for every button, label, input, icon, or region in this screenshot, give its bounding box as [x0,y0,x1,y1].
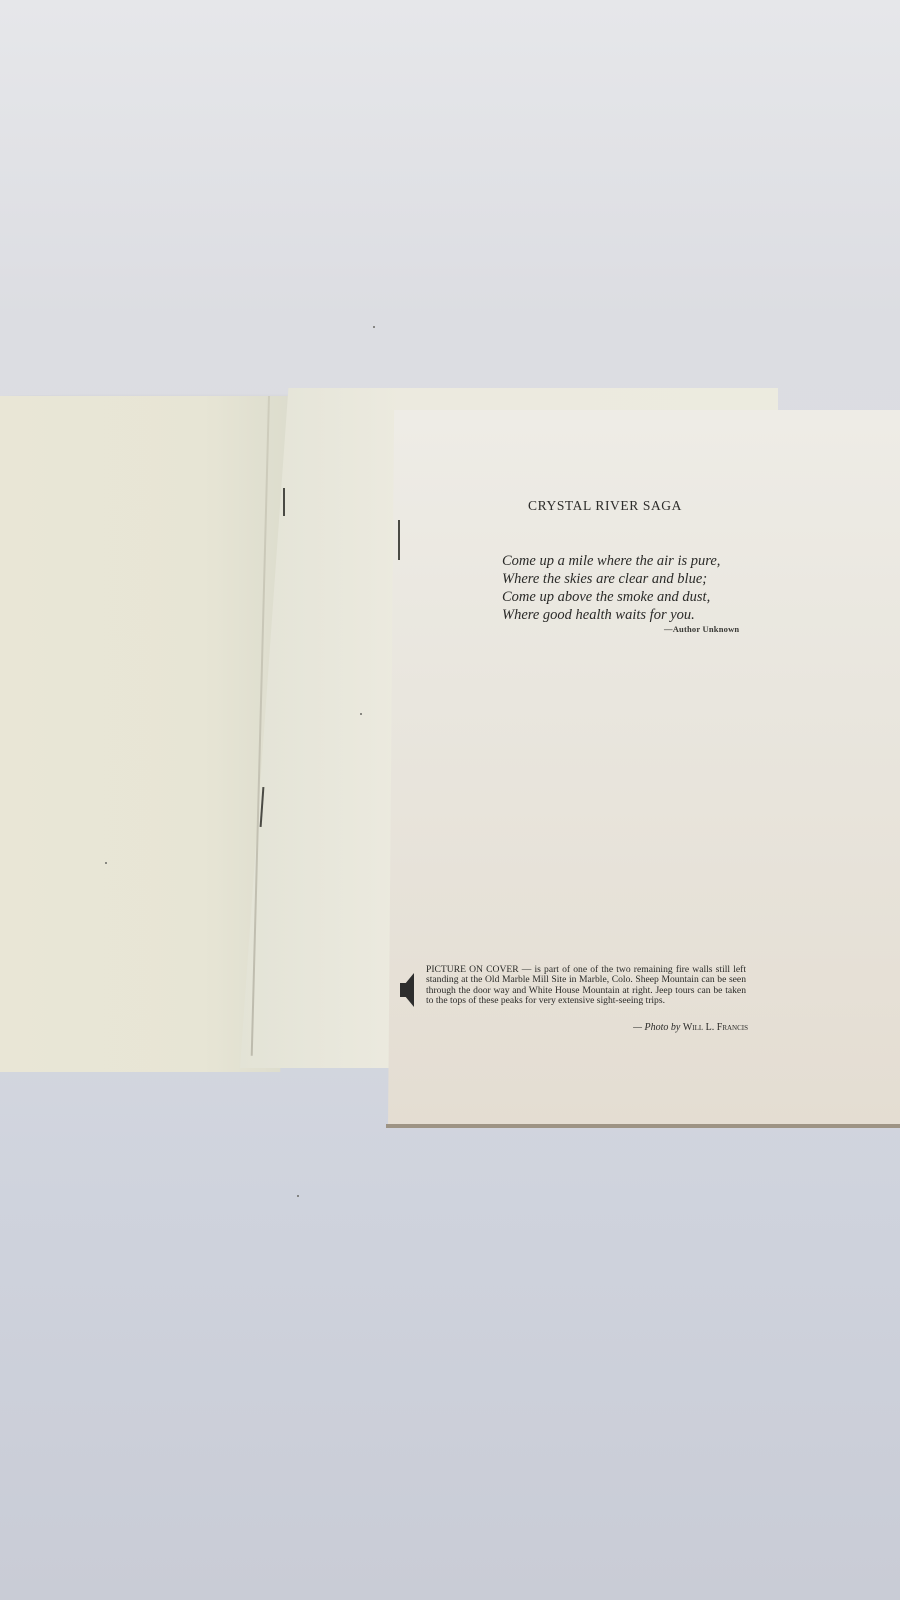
staple [398,520,400,560]
left-arrow-icon [400,973,414,1007]
speck [360,713,362,715]
page-edge [386,1124,900,1128]
front-booklet-page: CRYSTAL RIVER SAGA Come up a mile where … [388,410,900,1128]
staple [283,488,285,516]
poem-line: Come up above the smoke and dust, [502,588,720,606]
poem-line: Where the skies are clear and blue; [502,570,720,588]
page-title: CRYSTAL RIVER SAGA [528,498,828,514]
photo-credit-prefix: — Photo by [633,1022,680,1033]
poem-line: Where good health waits for you. [502,606,720,624]
speck [373,326,375,328]
photo-credit-name: Will L. Francis [683,1022,748,1033]
cover-caption: PICTURE ON COVER — is part of one of the… [426,965,746,1007]
poem: Come up a mile where the air is pure, Wh… [502,552,720,624]
poem-attribution: —Author Unknown [664,624,739,634]
photo-credit: — Photo by Will L. Francis [578,1022,748,1033]
speck [297,1195,299,1197]
poem-line: Come up a mile where the air is pure, [502,552,720,570]
speck [105,862,107,864]
